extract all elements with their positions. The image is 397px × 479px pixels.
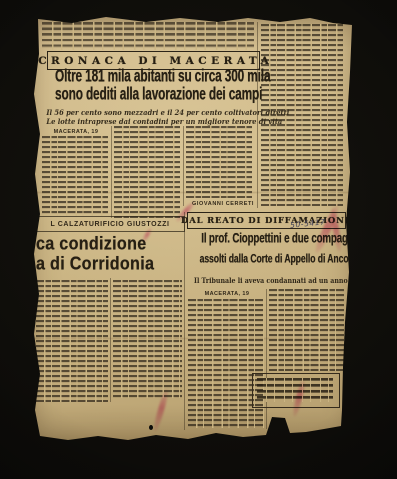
factory-headline-line2: a di Corridonia — [36, 253, 154, 275]
factory-kicker-box: L CALZATURIFICIO GIUSTOZZI — [36, 216, 185, 232]
column-rule — [184, 212, 185, 430]
defamation-headline-line2: assolti dalla Corte di Appello di Ancona — [200, 252, 333, 265]
factory-body-column-1 — [36, 280, 108, 402]
lead-body-column-1 — [42, 136, 108, 216]
column-rule — [111, 126, 112, 218]
defamation-subhead: Il Tribunale li aveva condannati ad un a… — [194, 276, 338, 285]
newspaper-clipping: CRONACA DI MACERATA Oltre 181 mila abita… — [28, 12, 356, 446]
column-rule — [183, 126, 184, 206]
defamation-headline-line1: Il prof. Cioppettini e due compagni — [201, 230, 330, 246]
defamation-body-column-1 — [188, 299, 264, 428]
lead-deck-line1: Il 56 per cento sono mezzadri e il 24 pe… — [46, 108, 255, 117]
lead-deck-line2: Le lotte intraprese dai contadini per un… — [46, 117, 255, 126]
lead-dateline: MACERATA, 19 — [44, 129, 108, 135]
factory-body-column-2 — [113, 280, 182, 398]
paper-speck — [149, 425, 153, 430]
column-rule — [110, 278, 111, 402]
section-banner-title: CRONACA DI MACERATA — [34, 55, 274, 67]
factory-kicker: L CALZATURIFICIO GIUSTOZZI — [50, 221, 169, 228]
lead-headline-line1: Oltre 181 mila abitanti su circa 300 mil… — [55, 68, 247, 87]
defamation-body-column-2 — [269, 289, 344, 371]
lead-body-column-2 — [114, 126, 180, 218]
column-rule — [266, 289, 267, 429]
lead-body-column-3 — [186, 126, 252, 198]
torn-top-text — [42, 22, 254, 50]
factory-headline-line1: ca condizione — [36, 233, 146, 255]
lead-headline-line2: sono dediti alla lavorazione dei campi — [55, 86, 247, 105]
defamation-dateline: MACERATA, 19 — [190, 291, 264, 297]
lead-byline: GIOVANNI CERRETI — [192, 201, 254, 207]
